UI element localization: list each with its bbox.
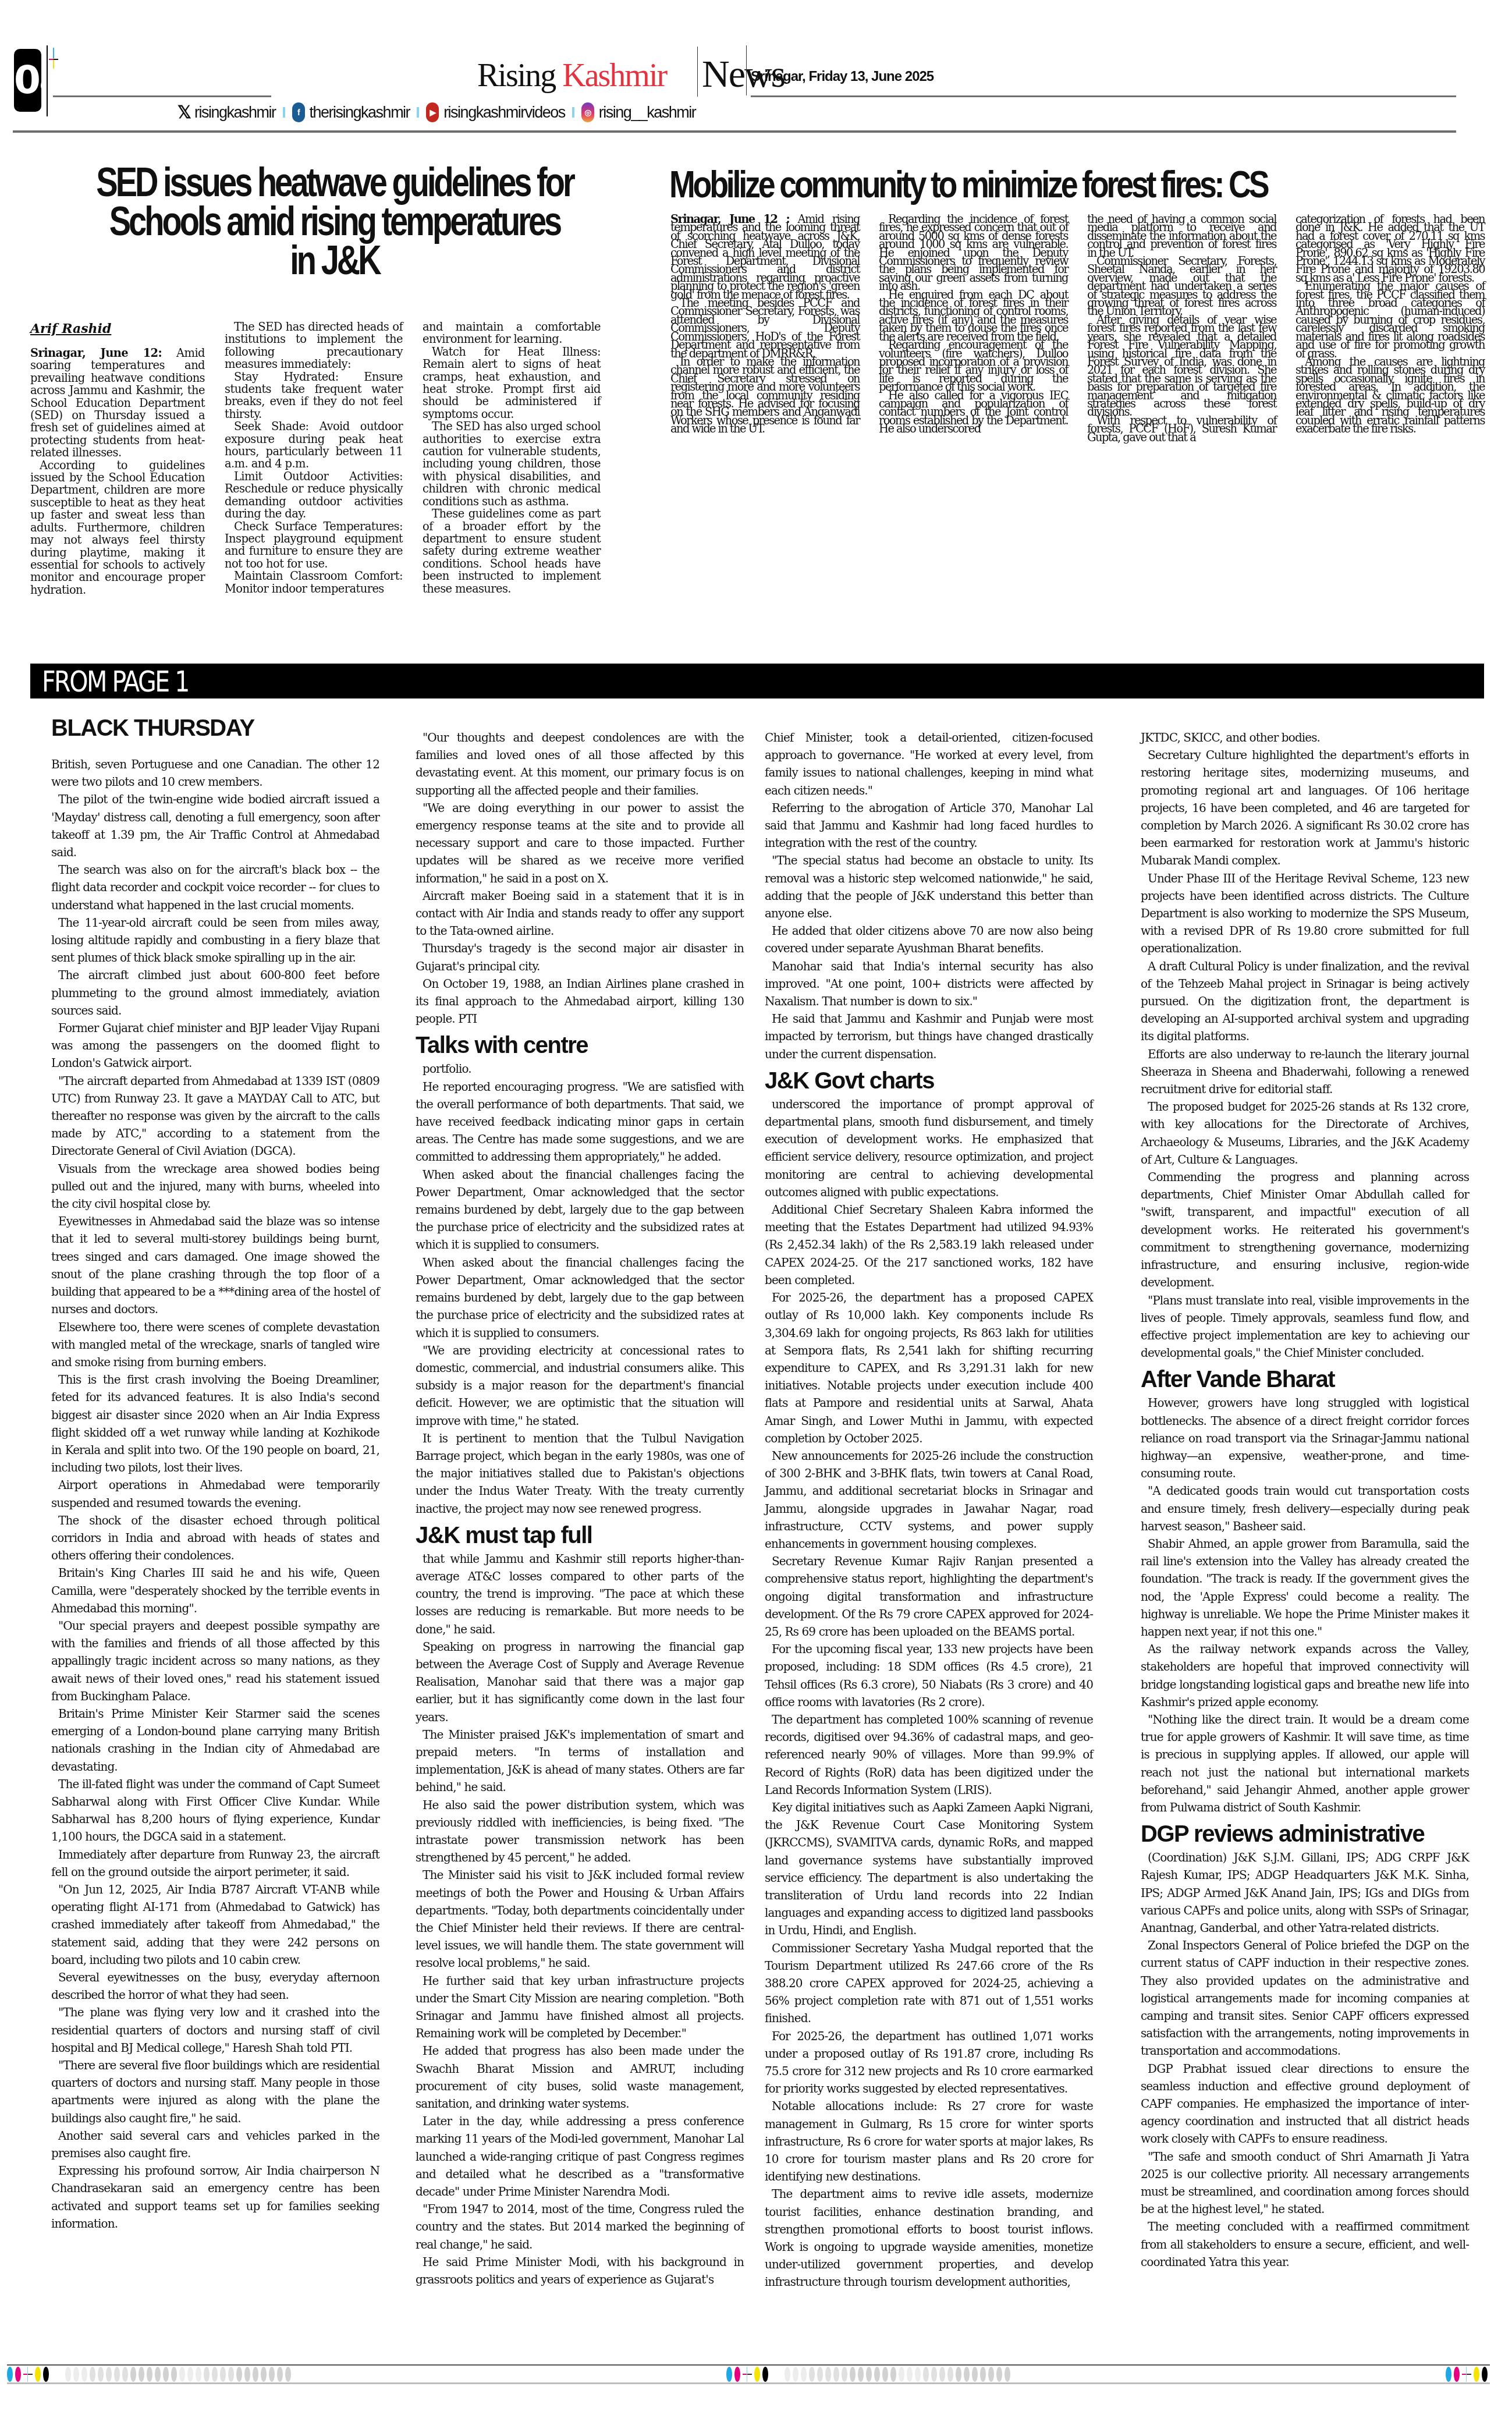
article-paragraph: After giving details of year wise forest… <box>1087 316 1276 417</box>
article-paragraph: Srinagar, June 12: Amid soaring temperat… <box>30 347 205 459</box>
article-paragraph: The department has completed 100% scanni… <box>765 1711 1093 1799</box>
article-paragraph: The search was also on for the aircraft'… <box>51 861 379 914</box>
article-paragraph: the need of having a common social media… <box>1087 215 1276 257</box>
article-paragraph: He enquired from each DC about the incid… <box>879 291 1068 341</box>
forest-column-2: Regarding the incidence of forest fires,… <box>879 215 1068 434</box>
article-paragraph: In order to make the information channel… <box>670 358 860 434</box>
article-paragraph: The Minister said his visit to J&K inclu… <box>416 1866 744 1971</box>
masthead-rule <box>751 95 1456 97</box>
article-paragraph: "The aircraft departed from Ahmedabad at… <box>51 1072 379 1160</box>
forest-column-4: categorization of forests had been done … <box>1296 215 1485 434</box>
divider <box>47 45 48 116</box>
article-paragraph: The Minister praised J&K's implementatio… <box>416 1726 744 1796</box>
article-paragraph: Zonal Inspectors General of Police brief… <box>1141 1937 1469 2059</box>
article-paragraph: Additional Chief Secretary Shaleen Kabra… <box>765 1201 1093 1289</box>
article-paragraph: Srinagar, June 12 : Amid rising temperat… <box>670 215 860 299</box>
cyan-swatch-icon <box>726 2367 732 2382</box>
divider <box>572 107 574 118</box>
dateline: Srinagar, June 12: <box>30 346 162 360</box>
x-icon: 𝕏 <box>178 102 190 122</box>
article-paragraph: This is the first crash involving the Bo… <box>51 1371 379 1476</box>
article-paragraph: "A dedicated goods train would cut trans… <box>1141 1482 1469 1535</box>
article-paragraph: He reported encouraging progress. "We ar… <box>416 1078 744 1166</box>
article-paragraph: "The special status had become an obstac… <box>765 852 1093 922</box>
sed-column-1: Srinagar, June 12: Amid soaring temperat… <box>30 347 205 596</box>
article-paragraph: For the upcoming fiscal year, 133 new pr… <box>765 1640 1093 1711</box>
article-paragraph: The meeting concluded with a reaffirmed … <box>1141 2218 1469 2271</box>
black-swatch-icon <box>43 2367 49 2382</box>
forest-column-1: Srinagar, June 12 : Amid rising temperat… <box>670 215 860 434</box>
article-paragraph: JKTDC, SKICC, and other bodies. <box>1141 729 1469 746</box>
brand-second: Kashmir <box>562 58 666 94</box>
article-paragraph: portfolio. <box>416 1060 744 1077</box>
article-paragraph: He also called for a vigorous IEC campai… <box>879 392 1068 434</box>
article-paragraph: Efforts are also underway to re-launch t… <box>1141 1045 1469 1098</box>
story-heading: BLACK THURSDAY <box>51 715 379 742</box>
article-paragraph: "There are several five floor buildings … <box>51 2056 379 2127</box>
masthead-rule <box>13 130 1456 133</box>
story-heading: After Vande Bharat <box>1141 1366 1469 1393</box>
article-paragraph: The pilot of the twin-engine wide bodied… <box>51 790 379 861</box>
article-paragraph: He further said that key urban infrastru… <box>416 1972 744 2043</box>
article-paragraph: "From 1947 to 2014, most of the time, Co… <box>416 2200 744 2253</box>
article-paragraph: underscored the importance of prompt app… <box>765 1095 1093 1201</box>
article-paragraph: As the railway network expands across th… <box>1141 1640 1469 1711</box>
article-paragraph: Eyewitnesses in Ahmedabad said the blaze… <box>51 1212 379 1318</box>
article-paragraph: Another said several cars and vehicles p… <box>51 2127 379 2162</box>
article-paragraph: "We are doing everything in our power to… <box>416 799 744 887</box>
article-paragraph: "Nothing like the direct train. It would… <box>1141 1711 1469 1816</box>
article-paragraph: Limit Outdoor Activities: Reschedule or … <box>225 470 403 520</box>
story-heading: Talks with centre <box>416 1032 744 1059</box>
article-paragraph: Later in the day, while addressing a pre… <box>416 2112 744 2200</box>
social-handles: 𝕏 risingkashmir f therisingkashmir ▶ ris… <box>178 102 695 122</box>
article-paragraph: He also said the power distribution syst… <box>416 1796 744 1867</box>
issue-date: Srinagar, Friday 13, June 2025 <box>751 69 934 85</box>
article-paragraph: The 11-year-old aircraft could be seen f… <box>51 914 379 967</box>
article-paragraph: Commissioner Secretary, Forests, Sheetal… <box>1087 257 1276 316</box>
article-paragraph: Maintain Classroom Comfort: Monitor indo… <box>225 570 403 595</box>
article-paragraph: Among the causes are lightning strikes a… <box>1296 358 1485 434</box>
article-paragraph: Secretary Revenue Kumar Rajiv Ranjan pre… <box>765 1552 1093 1640</box>
brand-first: Rising <box>477 58 555 94</box>
continued-column-4: JKTDC, SKICC, and other bodies. Secretar… <box>1141 729 1469 2271</box>
article-paragraph: Elsewhere too, there were scenes of comp… <box>51 1318 379 1371</box>
article-paragraph: Former Gujarat chief minister and BJP le… <box>51 1019 379 1072</box>
page-number: 08 <box>14 49 41 112</box>
article-paragraph: Shabir Ahmed, an apple grower from Baram… <box>1141 1535 1469 1640</box>
article-paragraph: Regarding encouragement of the volunteer… <box>879 341 1068 391</box>
forest-column-3: the need of having a common social media… <box>1087 215 1276 442</box>
article-paragraph: DGP Prabhat issued clear directions to e… <box>1141 2060 1469 2148</box>
article-paragraph: Speaking on progress in narrowing the fi… <box>416 1638 744 1726</box>
divider <box>283 107 285 118</box>
social-handle-facebook[interactable]: therisingkashmir <box>310 104 410 122</box>
article-paragraph: Enumerating the major causes of forest f… <box>1296 282 1485 358</box>
article-paragraph: He said Prime Minister Modi, with his ba… <box>416 2253 744 2288</box>
article-paragraph: Key digital initiatives such as Aapki Za… <box>765 1799 1093 1939</box>
story-heading: DGP reviews administrative <box>1141 1821 1469 1848</box>
article-paragraph: Seek Shade: Avoid outdoor exposure durin… <box>225 420 403 470</box>
article-paragraph: The SED has directed heads of institutio… <box>225 321 403 371</box>
byline: Arif Rashid <box>30 321 111 336</box>
registration-mark-icon <box>1462 2367 1471 2382</box>
cyan-swatch-icon <box>7 2367 13 2382</box>
article-paragraph: According to guidelines issued by the Sc… <box>30 459 205 596</box>
divider <box>746 45 747 95</box>
article-paragraph: "Our thoughts and deepest condolences ar… <box>416 729 744 799</box>
registration-mark-icon <box>743 2367 752 2382</box>
article-paragraph: and maintain a comfortable environment f… <box>423 321 601 346</box>
article-paragraph: He said that Jammu and Kashmir and Punja… <box>765 1010 1093 1063</box>
continued-column-2: "Our thoughts and deepest condolences ar… <box>416 729 744 2288</box>
article-paragraph: Referring to the abrogation of Article 3… <box>765 799 1093 852</box>
article-paragraph: These guidelines come as part of a broad… <box>423 508 601 595</box>
article-paragraph: It is pertinent to mention that the Tulb… <box>416 1430 744 1517</box>
article-paragraph: Britain's Prime Minister Keir Starmer sa… <box>51 1705 379 1775</box>
divider <box>417 107 419 118</box>
registration-mark-icon <box>49 48 58 69</box>
facebook-icon: f <box>292 102 305 122</box>
sed-column-3: and maintain a comfortable environment f… <box>423 321 601 595</box>
yellow-swatch-icon <box>35 2367 41 2382</box>
article-paragraph: New announcements for 2025-26 include th… <box>765 1447 1093 1552</box>
youtube-icon: ▶ <box>426 102 439 122</box>
article-paragraph: Aircraft maker Boeing said in a statemen… <box>416 887 744 940</box>
instagram-icon: ◎ <box>581 102 594 122</box>
cyan-swatch-icon <box>1446 2367 1451 2382</box>
article-paragraph: The shock of the disaster echoed through… <box>51 1512 379 1565</box>
article-paragraph: For 2025-26, the department has outlined… <box>765 2027 1093 2098</box>
article-paragraph: With respect to vulnerability of forests… <box>1087 417 1276 442</box>
article-paragraph: Commending the progress and planning acr… <box>1141 1168 1469 1291</box>
article-paragraph: Chief Minister, took a detail-oriented, … <box>765 729 1093 799</box>
article-paragraph: "Our special prayers and deepest possibl… <box>51 1617 379 1705</box>
article-paragraph: However, growers have long struggled wit… <box>1141 1394 1469 1482</box>
story-heading: J&K Govt charts <box>765 1068 1093 1094</box>
article-paragraph: Check Surface Temperatures: Inspect play… <box>225 520 403 570</box>
article-paragraph: Secretary Culture highlighted the depart… <box>1141 746 1469 869</box>
article-paragraph: "We are providing electricity at concess… <box>416 1342 744 1430</box>
article-paragraph: British, seven Portuguese and one Canadi… <box>51 756 379 790</box>
article-paragraph: (Coordination) J&K S.J.M. Gillani, IPS; … <box>1141 1849 1469 1937</box>
article-paragraph: He added that progress has also been mad… <box>416 2042 744 2112</box>
brand-logo: Rising Kashmir <box>477 58 666 93</box>
article-paragraph: The meeting besides PCCF and Commissione… <box>670 299 860 358</box>
article-paragraph: Notable allocations include: Rs 27 crore… <box>765 2097 1093 2185</box>
social-handle-x[interactable]: risingkashmir <box>194 104 276 122</box>
article-paragraph: Commissioner Secretary Yasha Mudgal repo… <box>765 1939 1093 2027</box>
social-handle-youtube[interactable]: risingkashmirvideos <box>443 104 565 122</box>
masthead-rule <box>53 95 271 97</box>
article-paragraph: The aircraft climbed just about 600-800 … <box>51 966 379 1019</box>
article-paragraph: Thursday's tragedy is the second major a… <box>416 939 744 974</box>
article-paragraph: "On Jun 12, 2025, Air India B787 Aircraf… <box>51 1881 379 1969</box>
article-paragraph: "The plane was flying very low and it cr… <box>51 2004 379 2056</box>
article-paragraph: Regarding the incidence of forest fires,… <box>879 215 1068 291</box>
article-paragraph: Stay Hydrated: Ensure students take freq… <box>225 371 403 421</box>
article-paragraph: Several eyewitnesses on the busy, everyd… <box>51 1969 379 2004</box>
story-heading: J&K must tap full <box>416 1522 744 1549</box>
article-paragraph: that while Jammu and Kashmir still repor… <box>416 1550 744 1638</box>
article-paragraph: categorization of forests had been done … <box>1296 215 1485 282</box>
yellow-swatch-icon <box>1474 2367 1479 2382</box>
print-color-bar <box>7 2364 1490 2384</box>
article-paragraph: When asked about the financial challenge… <box>416 1166 744 1254</box>
yellow-swatch-icon <box>754 2367 760 2382</box>
sed-column-2: The SED has directed heads of institutio… <box>225 321 403 595</box>
article-paragraph: The SED has also urged school authoritie… <box>423 420 601 508</box>
article-paragraph: "Plans must translate into real, visible… <box>1141 1292 1469 1362</box>
article-paragraph: A draft Cultural Policy is under finaliz… <box>1141 958 1469 1045</box>
article-paragraph: He added that older citizens above 70 ar… <box>765 922 1093 957</box>
forest-headline: Mobilize community to minimize forest fi… <box>669 164 1383 205</box>
black-swatch-icon <box>1482 2367 1488 2382</box>
section-band-label: FROM PAGE 1 <box>42 664 189 698</box>
article-paragraph: The proposed budget for 2025-26 stands a… <box>1141 1098 1469 1168</box>
article-paragraph: On October 19, 1988, an Indian Airlines … <box>416 975 744 1028</box>
registration-mark-icon <box>23 2367 33 2382</box>
continued-column-1: BLACK THURSDAY British, seven Portuguese… <box>51 710 379 2232</box>
section-band <box>30 664 1484 698</box>
article-paragraph: Visuals from the wreckage area showed bo… <box>51 1160 379 1213</box>
article-paragraph: "The safe and smooth conduct of Shri Ama… <box>1141 2148 1469 2218</box>
article-paragraph: The department aims to revive idle asset… <box>765 2185 1093 2290</box>
article-paragraph: Under Phase III of the Heritage Revival … <box>1141 870 1469 958</box>
article-paragraph: When asked about the financial challenge… <box>416 1254 744 1342</box>
sed-headline: SED issues heatwave guidelines for Schoo… <box>95 163 574 280</box>
article-paragraph: Manohar said that India's internal secur… <box>765 958 1093 1010</box>
magenta-swatch-icon <box>15 2367 21 2382</box>
article-paragraph: Immediately after departure from Runway … <box>51 1846 379 1881</box>
social-handle-instagram[interactable]: rising__kashmir <box>599 104 696 122</box>
article-paragraph: Airport operations in Ahmedabad were tem… <box>51 1476 379 1511</box>
magenta-swatch-icon <box>1454 2367 1460 2382</box>
black-swatch-icon <box>762 2367 768 2382</box>
article-paragraph: Expressing his profound sorrow, Air Indi… <box>51 2162 379 2232</box>
magenta-swatch-icon <box>734 2367 740 2382</box>
article-paragraph: Britain's King Charles III said he and h… <box>51 1564 379 1617</box>
divider <box>697 47 698 97</box>
article-paragraph: Watch for Heat Illness: Remain alert to … <box>423 346 601 420</box>
article-paragraph: For 2025-26, the department has a propos… <box>765 1289 1093 1447</box>
article-paragraph: The ill-fated flight was under the comma… <box>51 1775 379 1846</box>
continued-column-3: Chief Minister, took a detail-oriented, … <box>765 729 1093 2291</box>
